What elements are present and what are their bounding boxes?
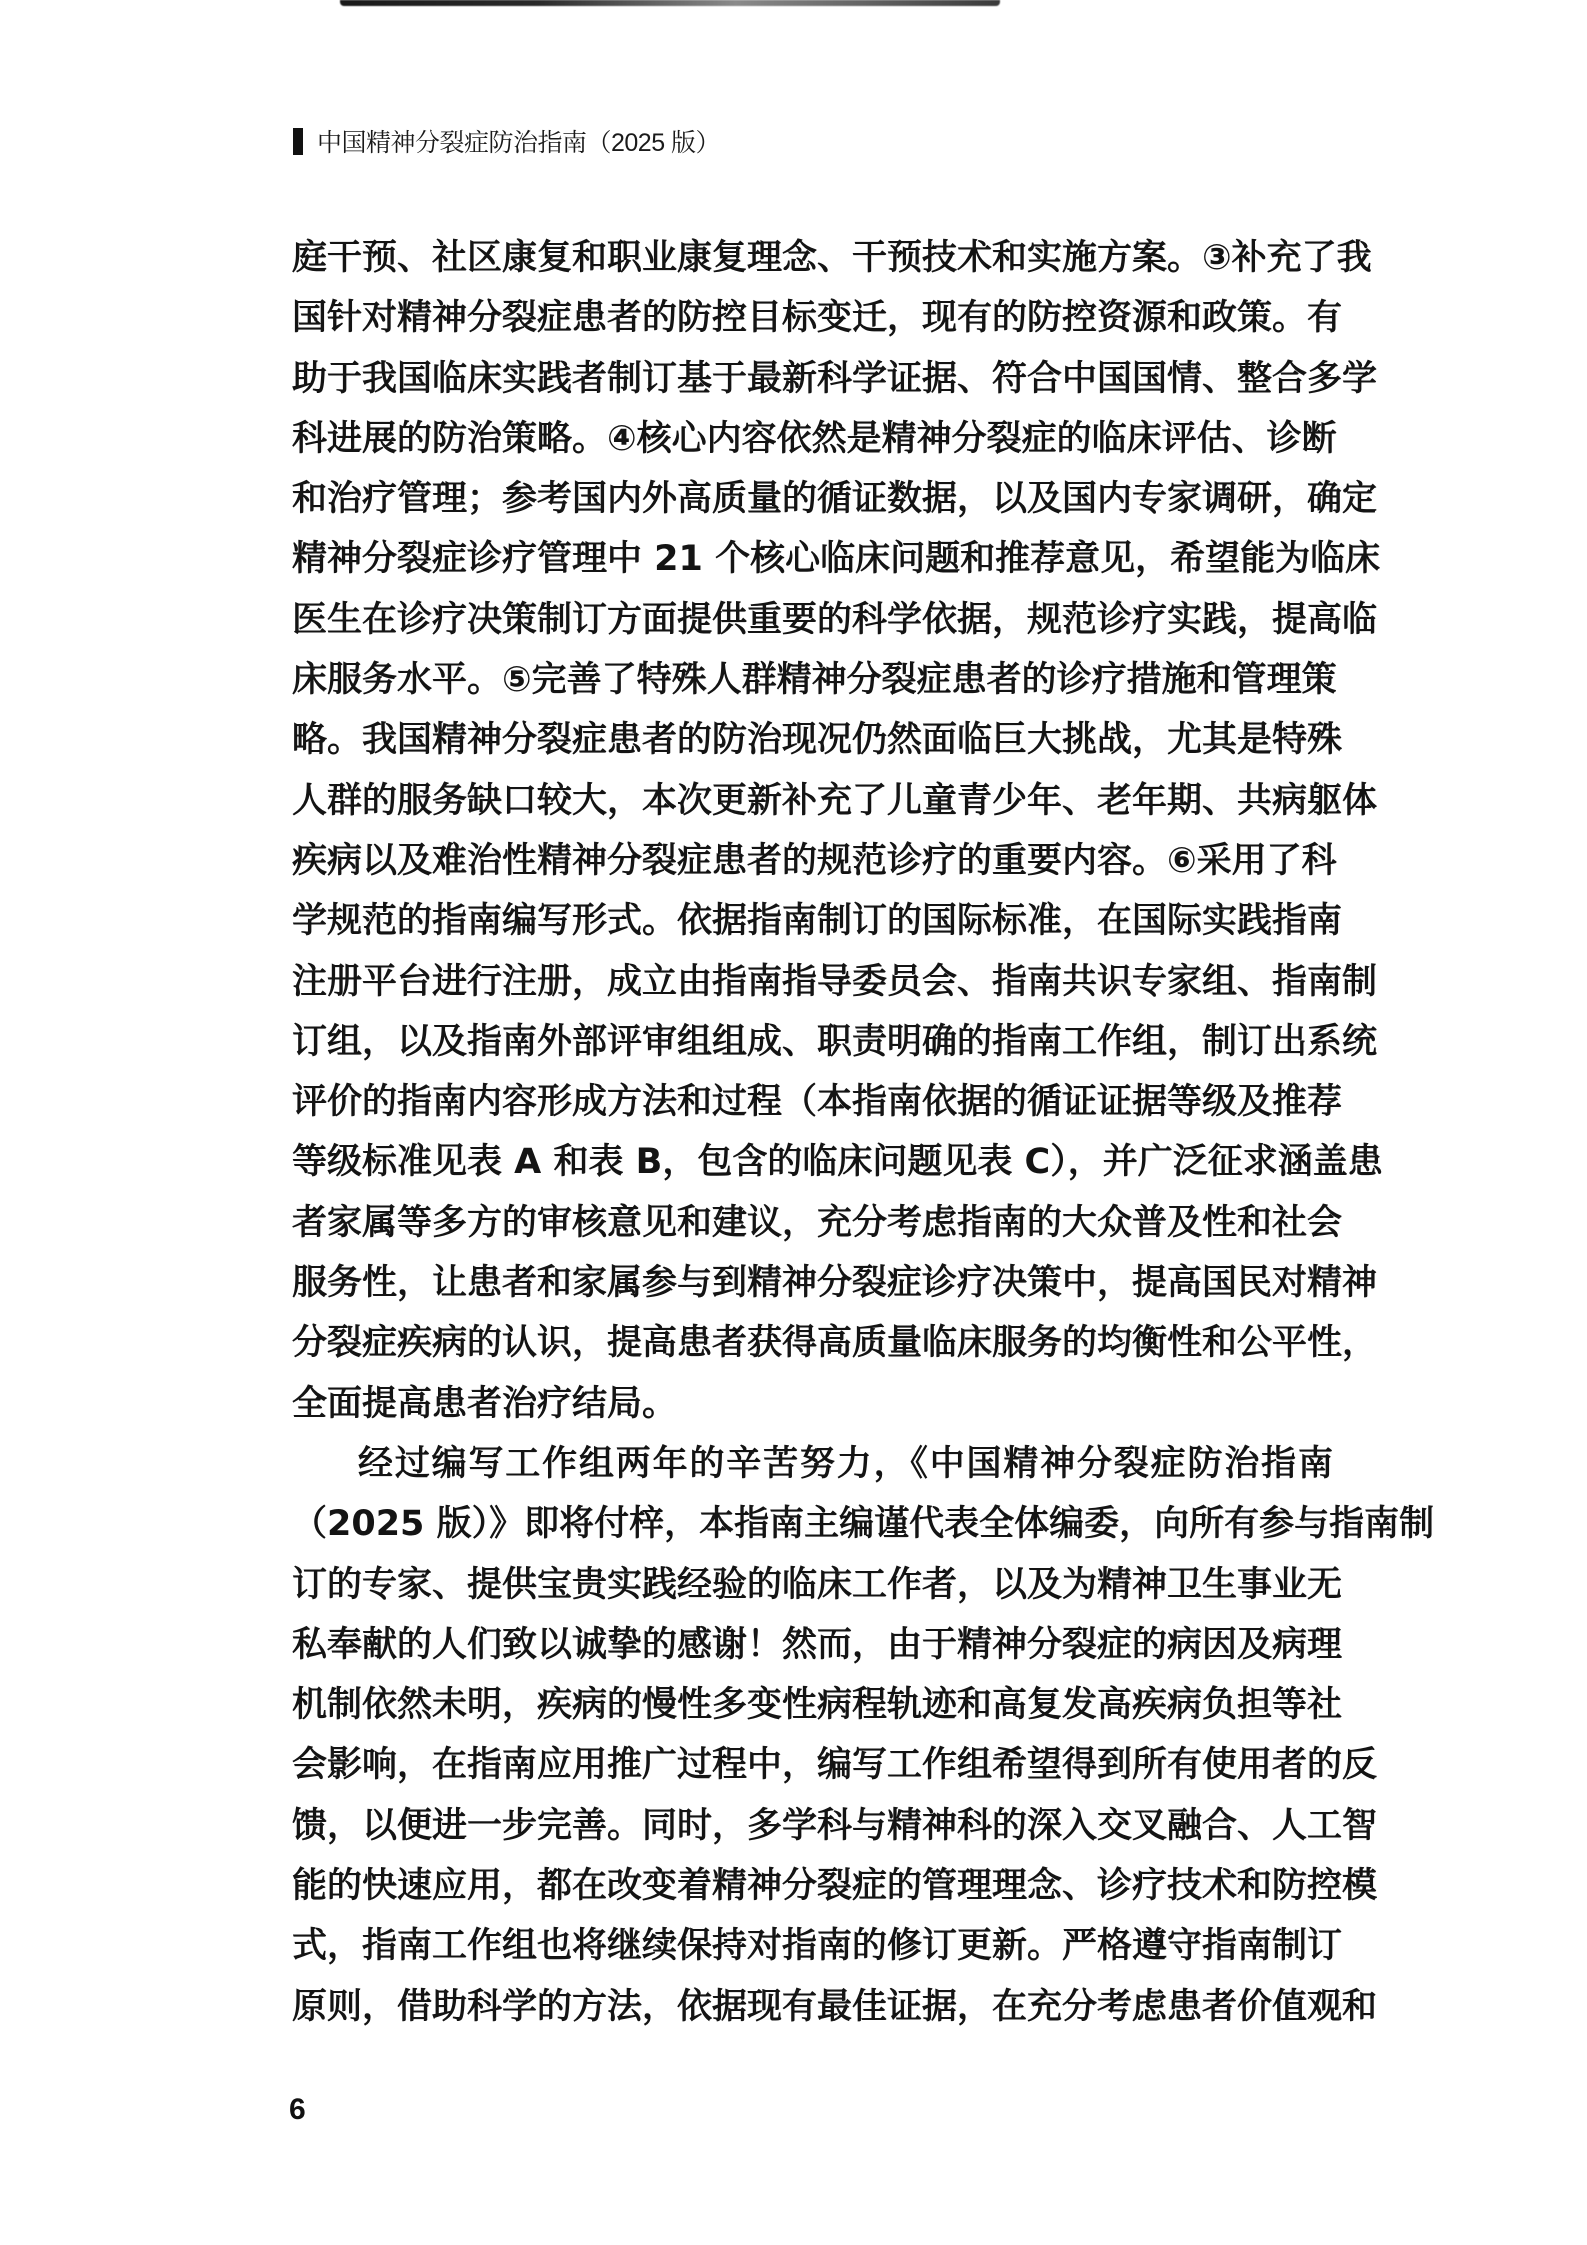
text-line: 机制依然未明，疾病的慢性多变性病程轨迹和高复发高疾病负担等社 — [292, 1683, 1333, 1743]
text-line: （2025 版）》即将付梓，本指南主编谨代表全体编委，向所有参与指南制 — [292, 1502, 1333, 1562]
text-line: 医生在诊疗决策制订方面提供重要的科学依据，规范诊疗实践，提高临 — [292, 598, 1333, 658]
text-line: 和治疗管理；参考国内外高质量的循证数据，以及国内专家调研，确定 — [292, 477, 1333, 537]
page-number: 6 — [289, 2093, 306, 2127]
text-line: 等级标准见表 A 和表 B，包含的临床问题见表 C），并广泛征求涵盖患 — [292, 1140, 1333, 1200]
text-line: 精神分裂症诊疗管理中 21 个核心临床问题和推荐意见，希望能为临床 — [292, 537, 1333, 597]
text-line: 服务性，让患者和家属参与到精神分裂症诊疗决策中，提高国民对精神 — [292, 1261, 1333, 1321]
text-line: 分裂症疾病的认识，提高患者获得高质量临床服务的均衡性和公平性， — [292, 1321, 1333, 1381]
text-line-paragraph-start: 经过编写工作组两年的辛苦努力，《中国精神分裂症防治指南 — [292, 1442, 1333, 1502]
scan-edge-shadow — [340, 0, 1000, 6]
body-text: 庭干预、社区康复和职业康复理念、干预技术和实施方案。③补充了我 国针对精神分裂症… — [292, 236, 1333, 2045]
text-line: 国针对精神分裂症患者的防控目标变迁，现有的防控资源和政策。有 — [292, 296, 1333, 356]
running-header-title: 中国精神分裂症防治指南（2025 版） — [317, 123, 720, 159]
text-line-paragraph-end: 全面提高患者治疗结局。 — [292, 1382, 1333, 1442]
text-line: 会影响，在指南应用推广过程中，编写工作组希望得到所有使用者的反 — [292, 1743, 1333, 1803]
text-line: 助于我国临床实践者制订基于最新科学证据、符合中国国情、整合多学 — [292, 357, 1333, 417]
text-line: 原则，借助科学的方法，依据现有最佳证据，在充分考虑患者价值观和 — [292, 1985, 1333, 2045]
text-line: 注册平台进行注册，成立由指南指导委员会、指南共识专家组、指南制 — [292, 960, 1333, 1020]
text-line: 能的快速应用，都在改变着精神分裂症的管理理念、诊疗技术和防控模 — [292, 1864, 1333, 1924]
text-line: 庭干预、社区康复和职业康复理念、干预技术和实施方案。③补充了我 — [292, 236, 1333, 296]
text-line: 私奉献的人们致以诚挚的感谢！然而，由于精神分裂症的病因及病理 — [292, 1623, 1333, 1683]
text-line: 人群的服务缺口较大，本次更新补充了儿童青少年、老年期、共病躯体 — [292, 779, 1333, 839]
text-line: 式，指南工作组也将继续保持对指南的修订更新。严格遵守指南制订 — [292, 1924, 1333, 1984]
text-line: 评价的指南内容形成方法和过程（本指南依据的循证证据等级及推荐 — [292, 1080, 1333, 1140]
header-marker-bar — [293, 128, 303, 155]
text-line: 床服务水平。⑤完善了特殊人群精神分裂症患者的诊疗措施和管理策 — [292, 658, 1333, 718]
running-header: 中国精神分裂症防治指南（2025 版） — [293, 126, 720, 156]
text-line: 疾病以及难治性精神分裂症患者的规范诊疗的重要内容。⑥采用了科 — [292, 839, 1333, 899]
text-line: 者家属等多方的审核意见和建议，充分考虑指南的大众普及性和社会 — [292, 1201, 1333, 1261]
text-line: 馈，以便进一步完善。同时，多学科与精神科的深入交叉融合、人工智 — [292, 1804, 1333, 1864]
text-line: 学规范的指南编写形式。依据指南制订的国际标准，在国际实践指南 — [292, 899, 1333, 959]
text-line: 科进展的防治策略。④核心内容依然是精神分裂症的临床评估、诊断 — [292, 417, 1333, 477]
text-line: 略。我国精神分裂症患者的防治现况仍然面临巨大挑战，尤其是特殊 — [292, 718, 1333, 778]
text-line: 订的专家、提供宝贵实践经验的临床工作者，以及为精神卫生事业无 — [292, 1563, 1333, 1623]
text-line: 订组，以及指南外部评审组组成、职责明确的指南工作组，制订出系统 — [292, 1020, 1333, 1080]
